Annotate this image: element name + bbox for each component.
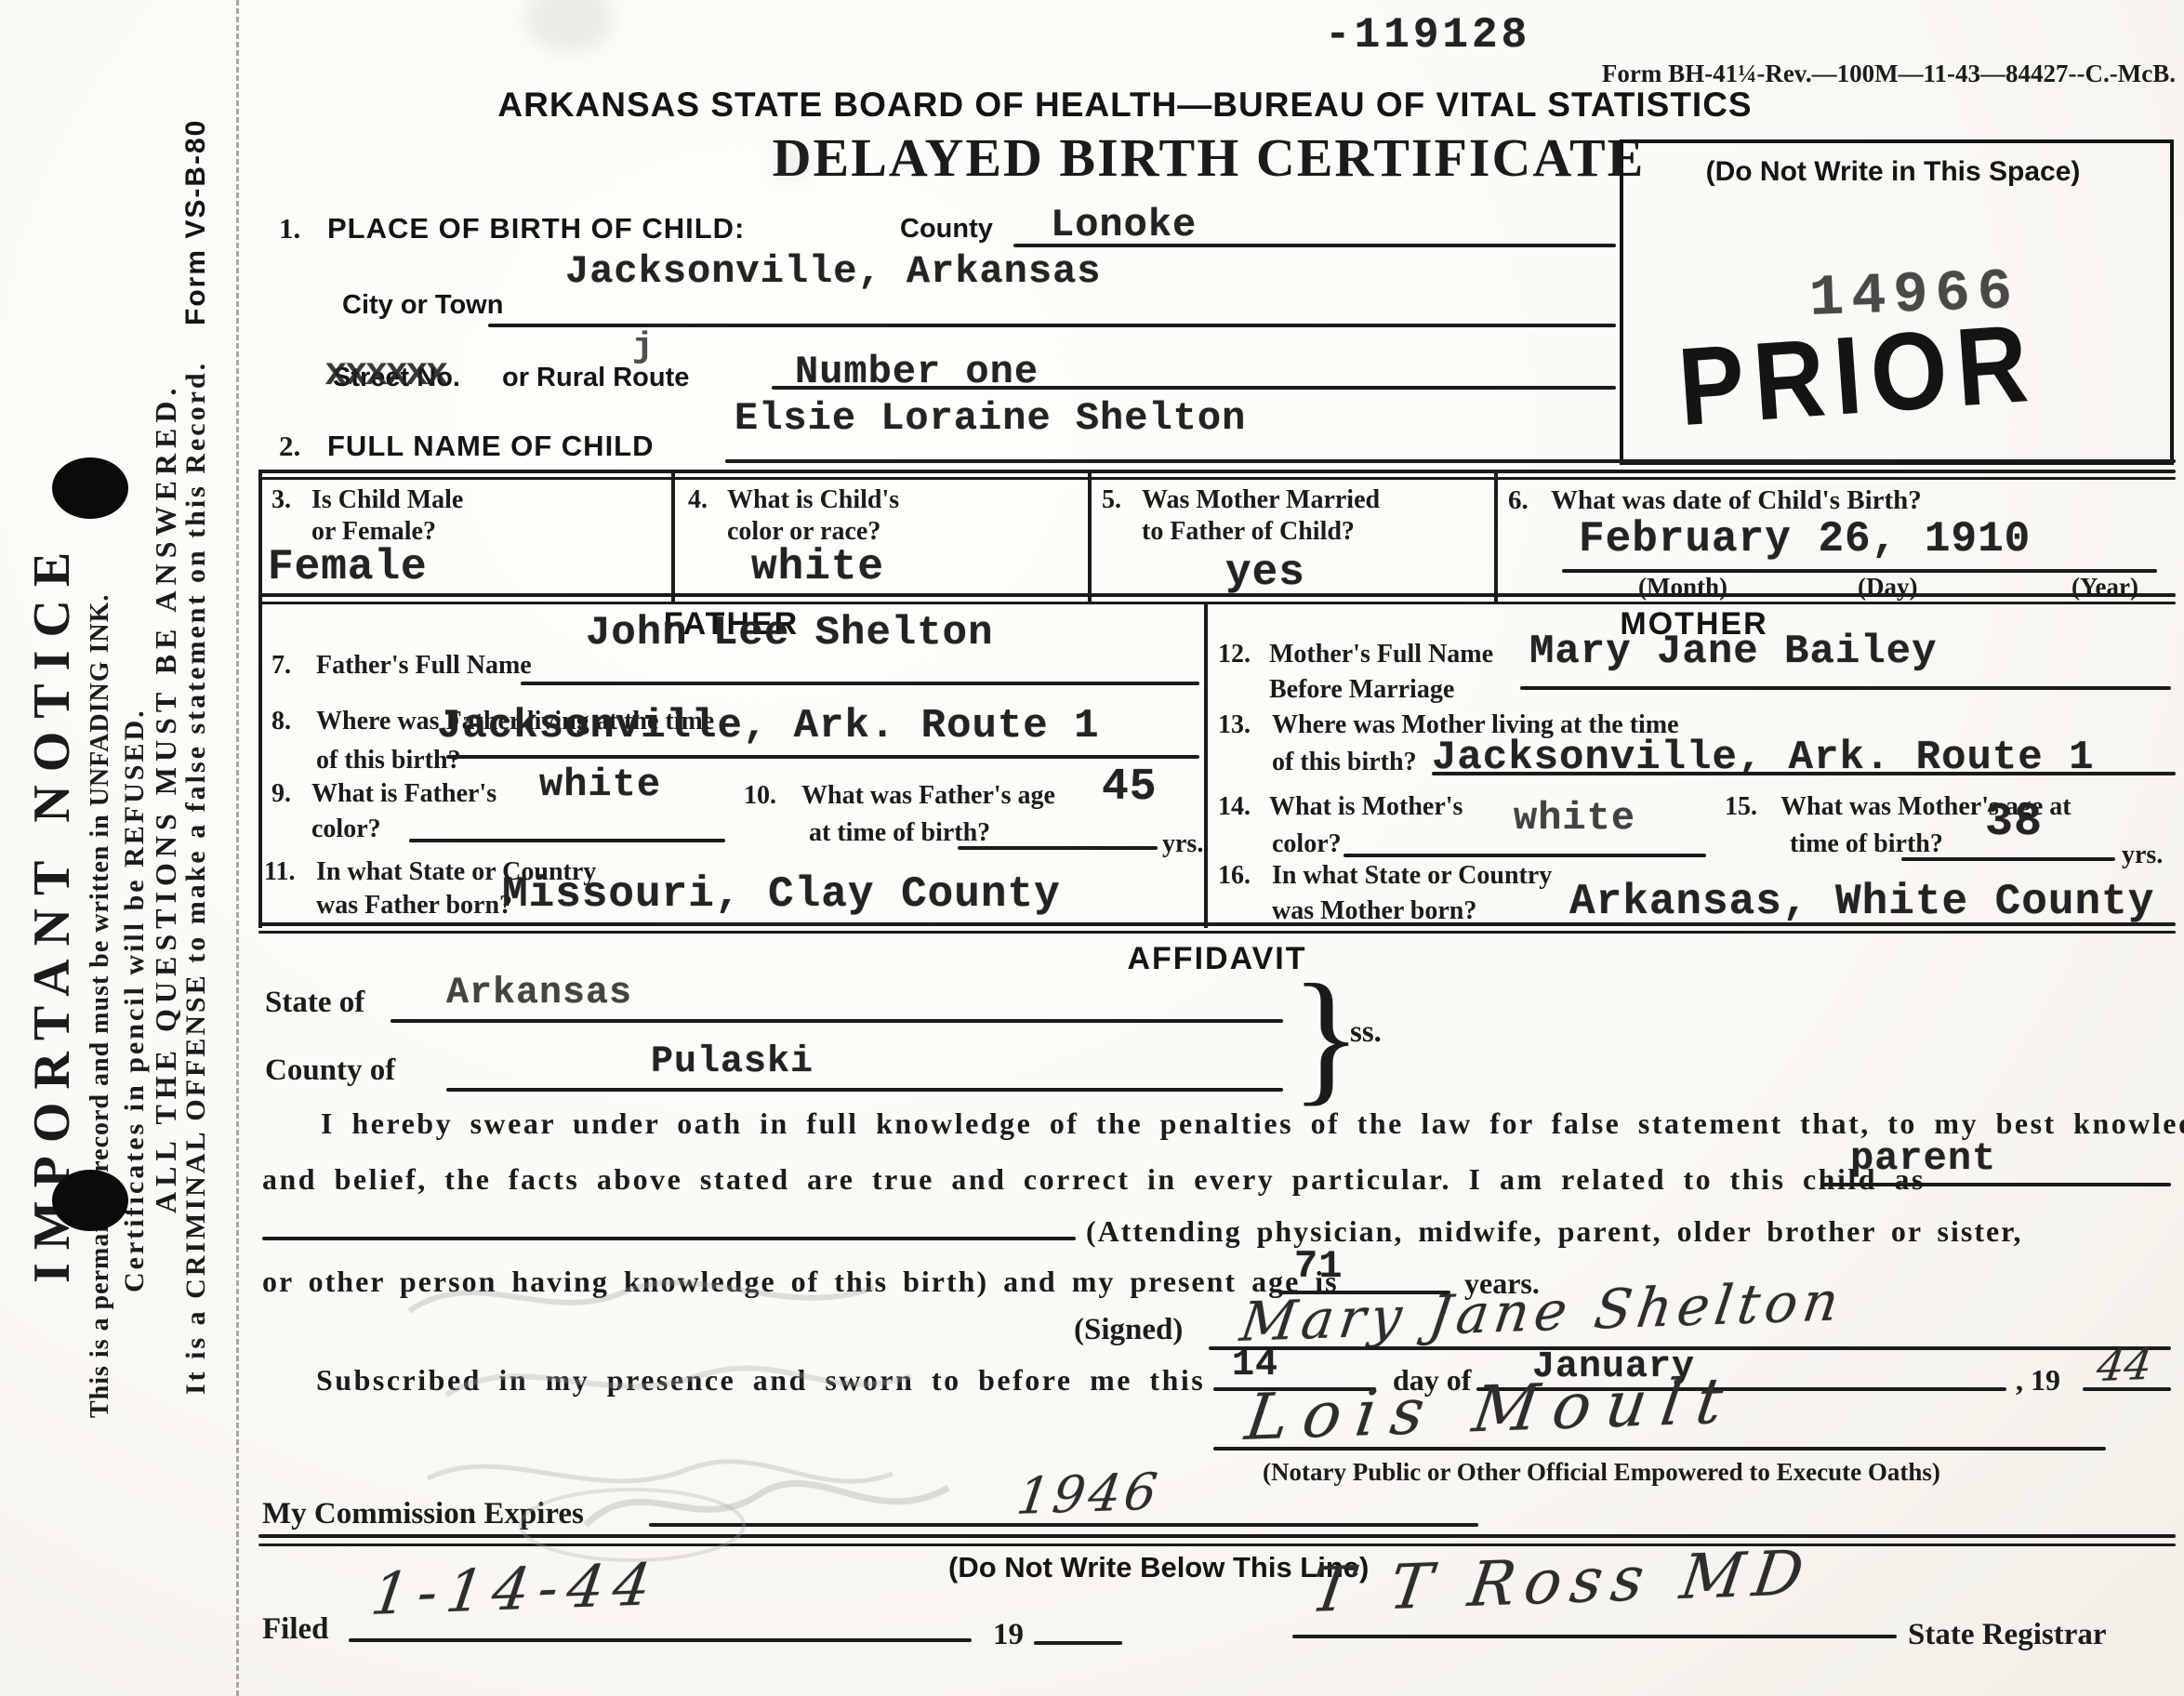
state-line — [390, 1019, 1283, 1023]
hole-punch-top — [52, 457, 128, 519]
q5-number: 5. — [1102, 485, 1121, 515]
stray-typed-character: j — [632, 327, 655, 367]
stub-questions-answered-note: ALL THE QUESTIONS MUST BE ANSWERED. — [149, 465, 183, 1213]
q10-line — [958, 846, 1158, 850]
q9-line — [409, 839, 725, 842]
q4-value: white — [751, 543, 884, 591]
q16-number: 16. — [1218, 861, 1251, 891]
q12-line — [1520, 686, 2171, 690]
child-name-line — [725, 459, 2176, 463]
q6-value: February 26, 1910 — [1579, 515, 2031, 563]
q13-label-2: of this birth? — [1272, 748, 1417, 777]
serial-number: -119128 — [1325, 11, 1530, 60]
commission-value: 1946 — [1013, 1462, 1164, 1526]
agency-title: ARKANSAS STATE BOARD OF HEALTH—BUREAU OF… — [400, 86, 1850, 125]
certificate-title: DELAYED BIRTH CERTIFICATE — [697, 126, 1720, 189]
q9-value: white — [539, 762, 661, 807]
q15-line — [1901, 857, 2115, 861]
state-of-label: State of — [265, 986, 364, 1020]
q16-value: Arkansas, White County — [1569, 878, 2154, 926]
q4-number: 4. — [688, 485, 708, 515]
notary-line — [1213, 1447, 2106, 1451]
q15-label-2: time of birth? — [1790, 829, 1943, 859]
q3-number: 3. — [271, 485, 291, 515]
q10-unit: yrs. — [1162, 829, 1203, 859]
grid-left-border — [258, 470, 262, 604]
affidavit-para-3: (Attending physician, midwife, parent, o… — [1086, 1214, 2022, 1249]
city-value: Jacksonville, Arkansas — [565, 249, 1102, 294]
registrar-label: State Registrar — [1908, 1618, 2107, 1652]
filed-line — [349, 1638, 972, 1642]
q7-value: John Lee Shelton — [586, 610, 993, 656]
city-line — [488, 324, 1616, 327]
q9-label-2: color? — [311, 815, 381, 844]
q7-line — [521, 682, 1199, 685]
grid-bottom-rule-2 — [258, 602, 2176, 604]
related-as-line — [1822, 1183, 2171, 1186]
grid-top-rule-1 — [258, 470, 2176, 473]
form-revision-line: Form BH-41¼-Rev.—100M—11-43—84427--C.-Mc… — [1385, 60, 2176, 88]
q5-value: yes — [1225, 549, 1305, 597]
q7-number: 7. — [271, 651, 291, 681]
q10-label-1: What was Father's age — [801, 781, 1055, 811]
do-not-write-below-caption: (Do Not Write Below This Line) — [948, 1551, 1369, 1584]
year-caption: (Year) — [2071, 573, 2138, 602]
sworn-year-value: 44 — [2094, 1339, 2155, 1391]
q9-label-1: What is Father's — [311, 779, 496, 809]
age-value: 71 — [1294, 1244, 1343, 1289]
city-label: City or Town — [342, 290, 503, 321]
fm-bottom-rule-1 — [258, 922, 2176, 926]
q6-label: What was date of Child's Birth? — [1551, 485, 1922, 516]
q10-number: 10. — [744, 781, 776, 811]
county-label: County — [900, 214, 993, 245]
stub-criminal-offense-note: It is a CRIMINAL OFFENSE to make a false… — [180, 335, 212, 1395]
state-of-value: Arkansas — [446, 973, 632, 1014]
q1-label: PLACE OF BIRTH OF CHILD: — [327, 212, 745, 245]
registrar-signature: T T Ross MD — [1306, 1537, 1817, 1626]
q12-number: 12. — [1218, 640, 1251, 669]
street-no-strikeout-xs: XXXXXX — [325, 359, 446, 394]
year-19-prefix: , 19 — [2016, 1363, 2060, 1398]
related-as-value: parent — [1850, 1136, 1996, 1181]
child-name-value: Elsie Loraine Shelton — [735, 396, 1246, 441]
q14-label-1: What is Mother's — [1269, 792, 1463, 822]
q15-number: 15. — [1725, 792, 1757, 822]
q14-label-2: color? — [1272, 829, 1342, 859]
signed-label: (Signed) — [1074, 1313, 1183, 1347]
rural-route-label: or Rural Route — [502, 363, 689, 393]
day-caption: (Day) — [1858, 573, 1917, 602]
q2-number: 2. — [279, 430, 300, 463]
q7-label: Father's Full Name — [316, 651, 532, 681]
fm-bottom-rule-2 — [258, 931, 2176, 934]
q12-label-2: Before Marriage — [1269, 675, 1454, 705]
rural-route-line — [772, 386, 1616, 390]
q10-label-2: at time of birth? — [809, 818, 990, 848]
county-value: Lonoke — [1051, 203, 1197, 247]
q12-value: Mary Jane Bailey — [1529, 629, 1937, 675]
q13-number: 13. — [1218, 710, 1251, 740]
q8-line — [446, 755, 1199, 759]
filed-year-prefix: 19 — [993, 1618, 1024, 1652]
hole-punch-bottom — [52, 1170, 128, 1231]
q9-number: 9. — [271, 779, 291, 809]
grid-sep-3 — [1494, 470, 1498, 602]
delayed-birth-certificate-scan: IMPORTANT NOTICE This is a permanent rec… — [0, 0, 2184, 1696]
q1-number: 1. — [279, 212, 300, 245]
scan-smudge-header — [772, 144, 814, 181]
q5-label-2: to Father of Child? — [1142, 517, 1355, 547]
grid-top-rule-2 — [258, 477, 2176, 480]
filed-year-line — [1034, 1641, 1122, 1645]
q14-line — [1343, 854, 1706, 857]
q3-value: Female — [268, 543, 428, 591]
q8-number: 8. — [271, 707, 291, 736]
q11-number: 11. — [264, 857, 295, 887]
q14-value: white — [1514, 796, 1635, 841]
notary-caption: (Notary Public or Other Official Empower… — [1263, 1458, 1940, 1487]
q5-label-1: Was Mother Married — [1142, 485, 1380, 515]
q15-unit: yrs. — [2122, 841, 2163, 870]
q16-label-1: In what State or Country — [1272, 861, 1552, 891]
fm-divider — [1204, 604, 1208, 928]
stub-permanent-record-note: This is a permanent record and must be w… — [86, 637, 115, 1418]
grid-sep-2 — [1088, 470, 1092, 602]
stub-form-number: Form VS-B-80 — [180, 93, 212, 325]
q8-value: Jacksonville, Ark. Route 1 — [437, 703, 1100, 749]
q11-label-2: was Father born? — [316, 891, 512, 921]
filed-label: Filed — [262, 1612, 329, 1647]
q4-label-1: What is Child's — [727, 485, 899, 515]
stamp-prior: PRIOR — [1674, 300, 2041, 451]
month-caption: (Month) — [1638, 573, 1727, 602]
registrar-line — [1292, 1635, 1897, 1638]
scan-smudge-top — [525, 0, 614, 53]
notary-signature: Lois Moult — [1241, 1364, 1742, 1455]
county-of-value: Pulaski — [651, 1041, 814, 1083]
sworn-year-line — [2083, 1387, 2171, 1391]
do-not-write-caption: (Do Not Write in This Space) — [1623, 156, 2163, 188]
affidavit-county-line — [446, 1088, 1283, 1092]
q3-label-1: Is Child Male — [311, 485, 463, 515]
perforation-line — [236, 0, 239, 1696]
county-of-label: County of — [265, 1053, 395, 1088]
q15-value: 38 — [1985, 796, 2043, 849]
q10-value: 45 — [1102, 762, 1158, 813]
fm-left-border — [258, 604, 262, 928]
q12-label-1: Mother's Full Name — [1269, 640, 1493, 669]
do-not-write-box: (Do Not Write in This Space) 14966 PRIOR — [1620, 139, 2174, 465]
q13-line — [1432, 772, 2176, 775]
q2-label: FULL NAME OF CHILD — [327, 430, 655, 463]
affidavit-para-2: and belief, the facts above stated are t… — [262, 1162, 1926, 1197]
q11-value: Missouri, Clay County — [502, 870, 1061, 919]
ss-label: ss. — [1350, 1015, 1382, 1050]
q14-number: 14. — [1218, 792, 1251, 822]
commission-scrawl-artifact — [576, 1451, 967, 1553]
q8-label-2: of this birth? — [316, 746, 461, 775]
q6-number: 6. — [1508, 485, 1529, 516]
grid-sep-1 — [671, 470, 675, 602]
